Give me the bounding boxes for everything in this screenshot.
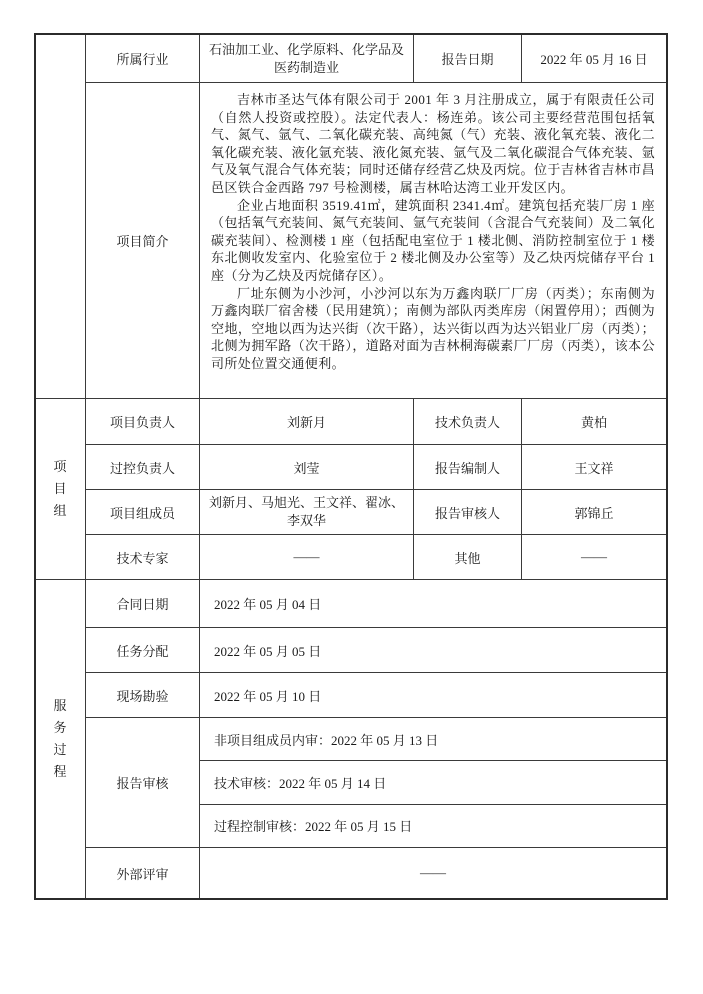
project-leader-label: 项目负责人 <box>86 399 199 444</box>
table-row: 项目组成员 刘新月、马旭光、王文祥、翟冰、李双华 报告审核人 郭锦丘 <box>86 489 666 534</box>
tech-leader-label: 技术负责人 <box>413 399 521 444</box>
project-info-table: 所属行业 石油加工业、化学原料、化学品及医药制造业 报告日期 2022 年 05… <box>34 33 668 900</box>
summary-paragraph-surroundings: 厂址东侧为小沙河，小沙河以东为万鑫肉联厂厂房（丙类）；东南侧为万鑫肉联厂宿舍楼（… <box>211 285 655 373</box>
team-group-label: 项目组 <box>53 456 69 522</box>
task-assign-value: 2022 年 05 月 05 日 <box>199 628 666 672</box>
contract-date-value: 2022 年 05 月 04 日 <box>199 580 666 627</box>
technical-review-value: 技术审核：2022 年 05 月 14 日 <box>200 760 666 803</box>
summary-paragraph-company: 吉林市圣达气体有限公司于 2001 年 3 月注册成立，属于有限责任公司（自然人… <box>211 91 655 197</box>
table-row: 过控负责人 刘莹 报告编制人 王文祥 <box>86 444 666 489</box>
report-writer-label: 报告编制人 <box>413 445 521 489</box>
site-survey-value: 2022 年 05 月 10 日 <box>199 673 666 717</box>
overview-body: 所属行业 石油加工业、化学原料、化学品及医药制造业 报告日期 2022 年 05… <box>86 35 666 398</box>
service-group-label: 服务过程 <box>53 695 69 783</box>
report-date-label: 报告日期 <box>413 35 521 82</box>
tech-expert-value: —— <box>199 535 413 579</box>
summary-label: 项目简介 <box>86 83 199 398</box>
report-date-value: 2022 年 05 月 16 日 <box>521 35 666 82</box>
process-control-review-value: 过程控制审核：2022 年 05 月 15 日 <box>200 804 666 847</box>
report-reviewer-value: 郭锦丘 <box>521 490 666 534</box>
site-survey-row: 现场勘验 2022 年 05 月 10 日 <box>86 672 666 717</box>
internal-review-value: 非项目组成员内审：2022 年 05 月 13 日 <box>200 718 666 760</box>
team-members-value: 刘新月、马旭光、王文祥、翟冰、李双华 <box>199 490 413 534</box>
report-review-label: 报告审核 <box>86 718 199 847</box>
table-row: 技术专家 —— 其他 —— <box>86 534 666 579</box>
contract-date-row: 合同日期 2022 年 05 月 04 日 <box>86 580 666 627</box>
external-review-row: 外部评审 —— <box>86 847 666 898</box>
other-value: —— <box>521 535 666 579</box>
summary-row: 项目简介 吉林市圣达气体有限公司于 2001 年 3 月注册成立，属于有限责任公… <box>86 82 666 398</box>
summary-content: 吉林市圣达气体有限公司于 2001 年 3 月注册成立，属于有限责任公司（自然人… <box>199 83 666 398</box>
section-service: 服务过程 合同日期 2022 年 05 月 04 日 任务分配 2022 年 0… <box>36 579 666 898</box>
table-row: 项目负责人 刘新月 技术负责人 黄柏 <box>86 399 666 444</box>
site-survey-label: 现场勘验 <box>86 673 199 717</box>
tech-leader-value: 黄柏 <box>521 399 666 444</box>
report-review-subcolumn: 非项目组成员内审：2022 年 05 月 13 日 技术审核：2022 年 05… <box>199 718 666 847</box>
task-assign-label: 任务分配 <box>86 628 199 672</box>
team-body: 项目负责人 刘新月 技术负责人 黄柏 过控负责人 刘莹 报告编制人 王文祥 项目… <box>86 399 666 579</box>
industry-value: 石油加工业、化学原料、化学品及医药制造业 <box>199 35 413 82</box>
industry-label: 所属行业 <box>86 35 199 82</box>
summary-paragraph-buildings: 企业占地面积 3519.41㎡，建筑面积 2341.4㎡。建筑包括充装厂房 1 … <box>211 197 655 285</box>
external-review-label: 外部评审 <box>86 848 199 898</box>
team-members-label: 项目组成员 <box>86 490 199 534</box>
task-assign-row: 任务分配 2022 年 05 月 05 日 <box>86 627 666 672</box>
section-team: 项目组 项目负责人 刘新月 技术负责人 黄柏 过控负责人 刘莹 报告编制人 王文… <box>36 398 666 579</box>
report-reviewer-label: 报告审核人 <box>413 490 521 534</box>
service-body: 合同日期 2022 年 05 月 04 日 任务分配 2022 年 05 月 0… <box>86 580 666 898</box>
tech-expert-label: 技术专家 <box>86 535 199 579</box>
report-review-row: 报告审核 非项目组成员内审：2022 年 05 月 13 日 技术审核：2022… <box>86 717 666 847</box>
project-leader-value: 刘新月 <box>199 399 413 444</box>
process-control-value: 刘莹 <box>199 445 413 489</box>
external-review-value: —— <box>199 848 666 898</box>
group-cell-empty <box>36 35 86 398</box>
report-writer-value: 王文祥 <box>521 445 666 489</box>
other-label: 其他 <box>413 535 521 579</box>
service-group-cell: 服务过程 <box>36 580 86 898</box>
process-control-label: 过控负责人 <box>86 445 199 489</box>
team-group-cell: 项目组 <box>36 399 86 579</box>
section-overview: 所属行业 石油加工业、化学原料、化学品及医药制造业 报告日期 2022 年 05… <box>36 35 666 398</box>
contract-date-label: 合同日期 <box>86 580 199 627</box>
industry-row: 所属行业 石油加工业、化学原料、化学品及医药制造业 报告日期 2022 年 05… <box>86 35 666 82</box>
